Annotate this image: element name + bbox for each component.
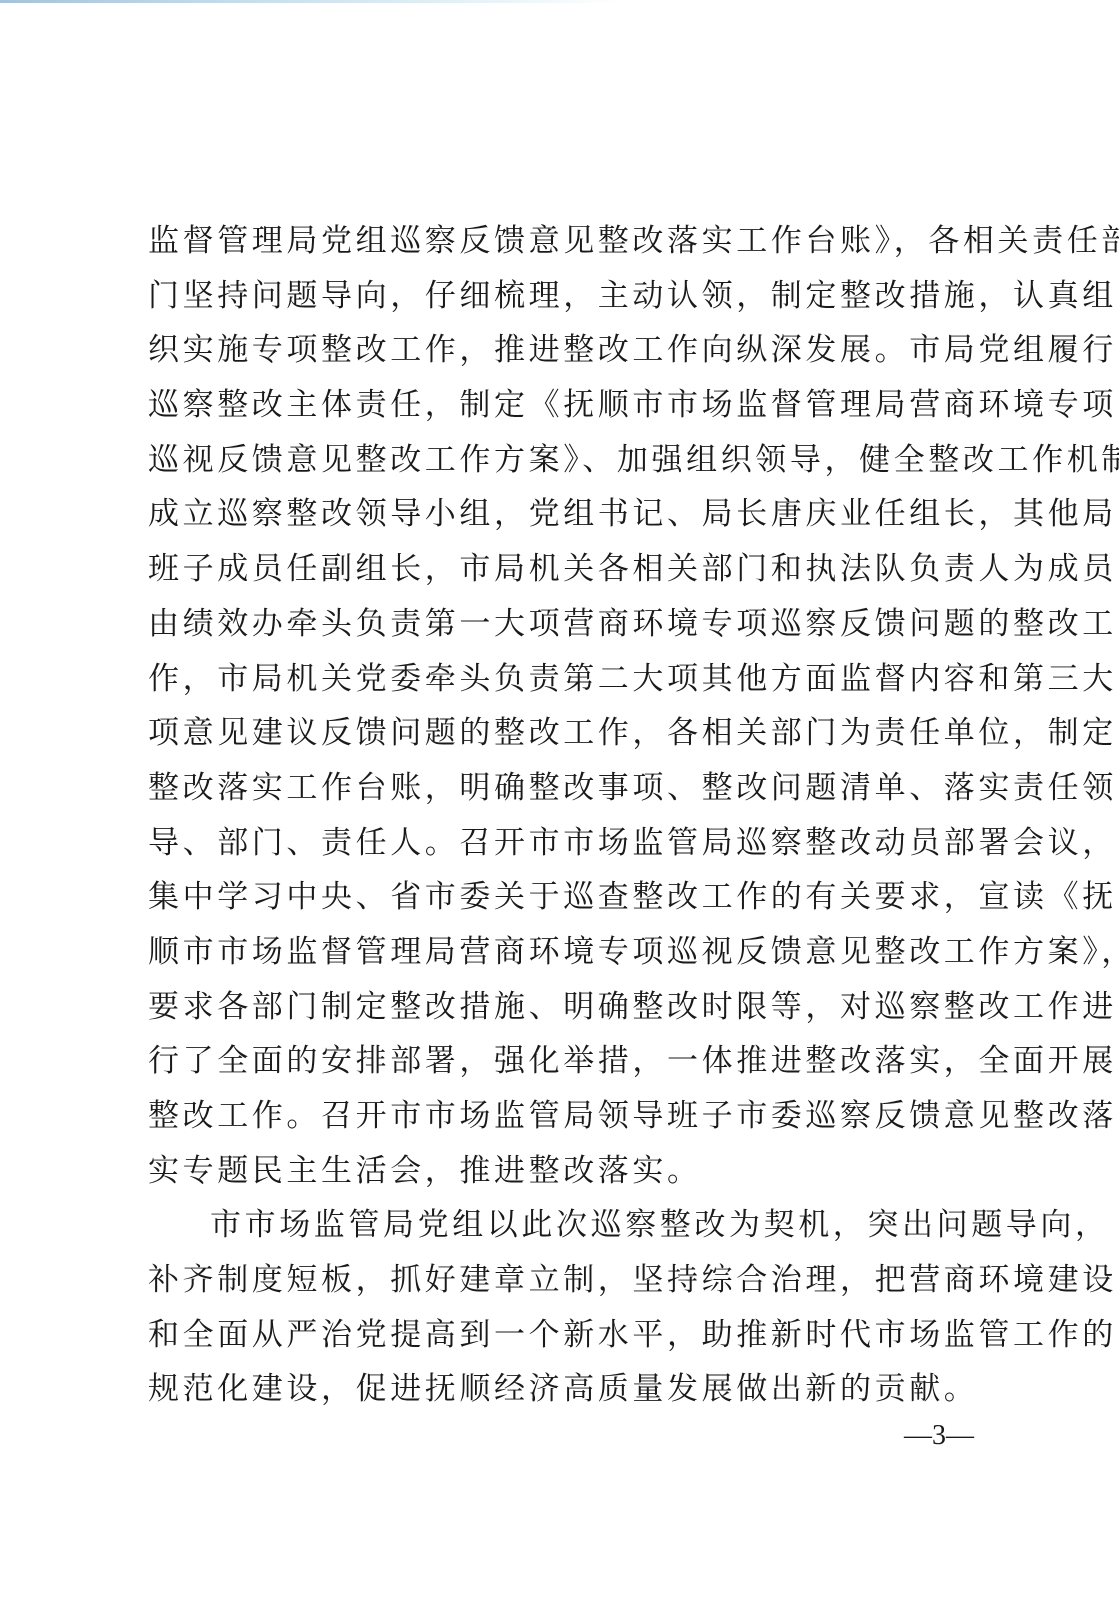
text-line: 成立巡察整改领导小组，党组书记、局长唐庆业任组长，其他局 bbox=[148, 487, 958, 542]
text-line: 项意见建议反馈问题的整改工作，各相关部门为责任单位，制定 bbox=[148, 706, 958, 761]
text-line: 班子成员任副组长，市局机关各相关部门和执法队负责人为成员， bbox=[148, 542, 958, 597]
text-line: 规范化建设，促进抚顺经济高质量发展做出新的贡献。 bbox=[148, 1362, 958, 1417]
text-line: 整改落实工作台账，明确整改事项、整改问题清单、落实责任领 bbox=[148, 761, 958, 816]
text-line: 整改工作。召开市市场监管局领导班子市委巡察反馈意见整改落 bbox=[148, 1089, 958, 1144]
text-line: 巡察整改主体责任，制定《抚顺市市场监督管理局营商环境专项 bbox=[148, 378, 958, 433]
text-line: 作，市局机关党委牵头负责第二大项其他方面监督内容和第三大 bbox=[148, 652, 958, 707]
document-body: 监督管理局党组巡察反馈意见整改落实工作台账》，各相关责任部 门坚持问题导向，仔细… bbox=[148, 214, 958, 1417]
text-line: 监督管理局党组巡察反馈意见整改落实工作台账》，各相关责任部 bbox=[148, 214, 958, 269]
text-line: 市市场监管局党组以此次巡察整改为契机，突出问题导向， bbox=[148, 1198, 958, 1253]
text-line: 补齐制度短板，抓好建章立制，坚持综合治理，把营商环境建设 bbox=[148, 1253, 958, 1308]
text-line: 导、部门、责任人。召开市市场监管局巡察整改动员部署会议， bbox=[148, 816, 958, 871]
text-line: 行了全面的安排部署，强化举措，一体推进整改落实，全面开展 bbox=[148, 1034, 958, 1089]
text-line: 实专题民主生活会，推进整改落实。 bbox=[148, 1144, 958, 1199]
text-line: 巡视反馈意见整改工作方案》、加强组织领导，健全整改工作机制， bbox=[148, 433, 958, 488]
text-line: 织实施专项整改工作，推进整改工作向纵深发展。市局党组履行 bbox=[148, 323, 958, 378]
text-line: 要求各部门制定整改措施、明确整改时限等，对巡察整改工作进 bbox=[148, 980, 958, 1035]
text-line: 门坚持问题导向，仔细梳理，主动认领，制定整改措施，认真组 bbox=[148, 269, 958, 324]
text-line: 由绩效办牵头负责第一大项营商环境专项巡察反馈问题的整改工 bbox=[148, 597, 958, 652]
text-line: 和全面从严治党提高到一个新水平，助推新时代市场监管工作的 bbox=[148, 1308, 958, 1363]
paragraph-1: 监督管理局党组巡察反馈意见整改落实工作台账》，各相关责任部 门坚持问题导向，仔细… bbox=[148, 214, 958, 1198]
page-number: —3— bbox=[904, 1420, 974, 1452]
text-line: 顺市市场监督管理局营商环境专项巡视反馈意见整改工作方案》， bbox=[148, 925, 958, 980]
text-line: 集中学习中央、省市委关于巡查整改工作的有关要求，宣读《抚 bbox=[148, 870, 958, 925]
scan-edge-artifact bbox=[0, 0, 620, 3]
paragraph-2: 市市场监管局党组以此次巡察整改为契机，突出问题导向， 补齐制度短板，抓好建章立制… bbox=[148, 1198, 958, 1417]
